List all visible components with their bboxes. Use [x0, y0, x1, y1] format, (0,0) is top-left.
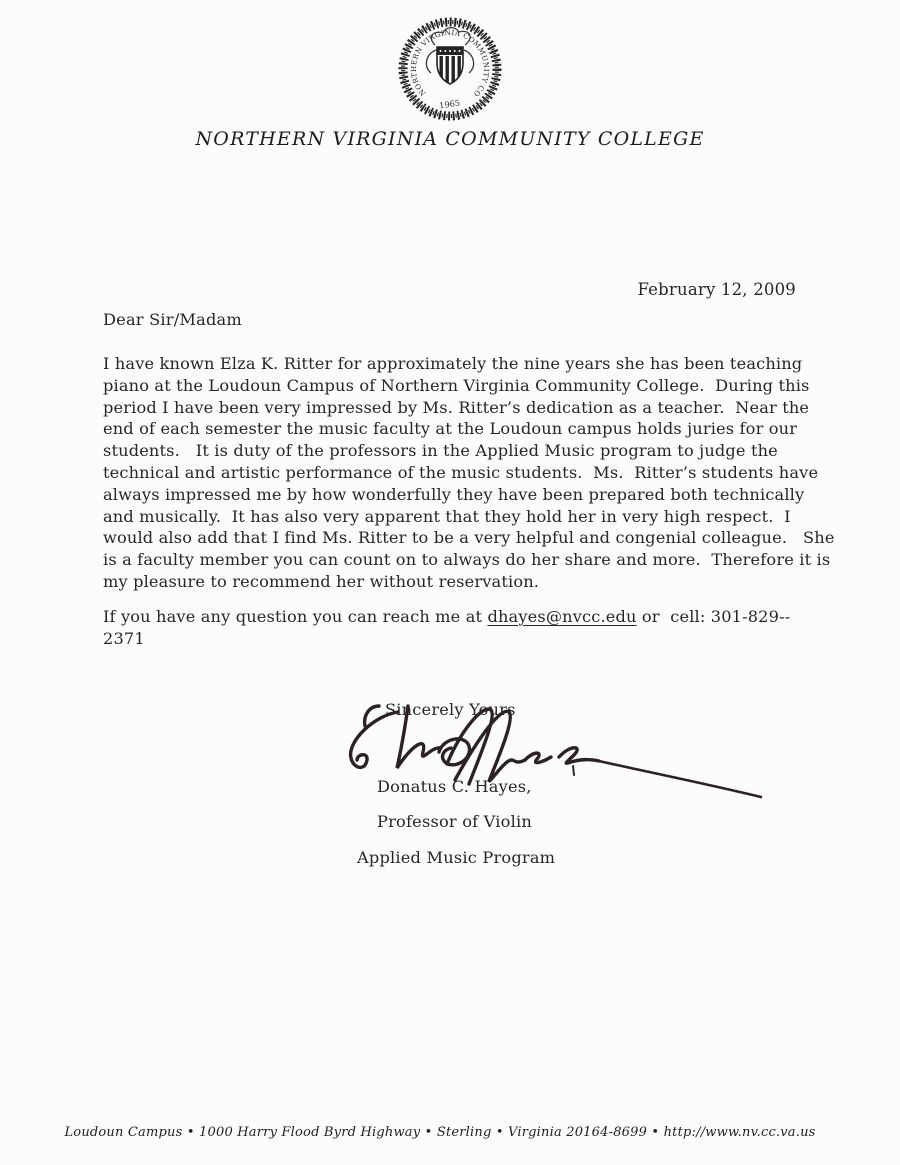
contact-text-prefix: If you have any question you can reach m… [103, 607, 487, 626]
college-name: NORTHERN VIRGINIA COMMUNITY COLLEGE [0, 128, 900, 150]
college-seal-icon: NORTHERN VIRGINIA COMMUNITY COLLEGE 1965 [391, 12, 509, 126]
body-line: period I have been very impressed by Ms.… [103, 397, 835, 419]
body-line: I have known Elza K. Ritter for approxim… [103, 353, 835, 375]
body-line: and musically. It has also very apparent… [103, 506, 835, 528]
signer-program: Applied Music Program [357, 848, 555, 867]
salutation: Dear Sir/Madam [103, 310, 242, 329]
letter-date: February 12, 2009 [637, 280, 796, 299]
contact-text-suffix: or cell: 301-829-- [637, 607, 791, 626]
body-line: piano at the Loudoun Campus of Northern … [103, 375, 835, 397]
body-line: end of each semester the music faculty a… [103, 418, 835, 440]
letter-page: NORTHERN VIRGINIA COMMUNITY COLLEGE 1965 [0, 0, 900, 1165]
body-line: my pleasure to recommend her without res… [103, 571, 835, 593]
body-line: technical and artistic performance of th… [103, 462, 835, 484]
seal-year: 1965 [439, 98, 461, 111]
body-paragraph-1: I have known Elza K. Ritter for approxim… [103, 353, 835, 593]
body-line: always impressed me by how wonderfully t… [103, 484, 835, 506]
footer-address: Loudoun Campus • 1000 Harry Flood Byrd H… [0, 1125, 880, 1140]
body-line: students. It is duty of the professors i… [103, 440, 835, 462]
email-link[interactable]: dhayes@nvcc.edu [487, 607, 636, 626]
signer-title: Professor of Violin [377, 812, 532, 831]
seal-shield [437, 47, 463, 84]
signer-name: Donatus C. Hayes, [377, 777, 532, 796]
body-paragraph-2: If you have any question you can reach m… [103, 606, 790, 650]
body-line: If you have any question you can reach m… [103, 606, 790, 628]
body-line: would also add that I find Ms. Ritter to… [103, 527, 835, 549]
body-line: is a faculty member you can count on to … [103, 549, 835, 571]
phone-continuation: 2371 [103, 628, 790, 650]
